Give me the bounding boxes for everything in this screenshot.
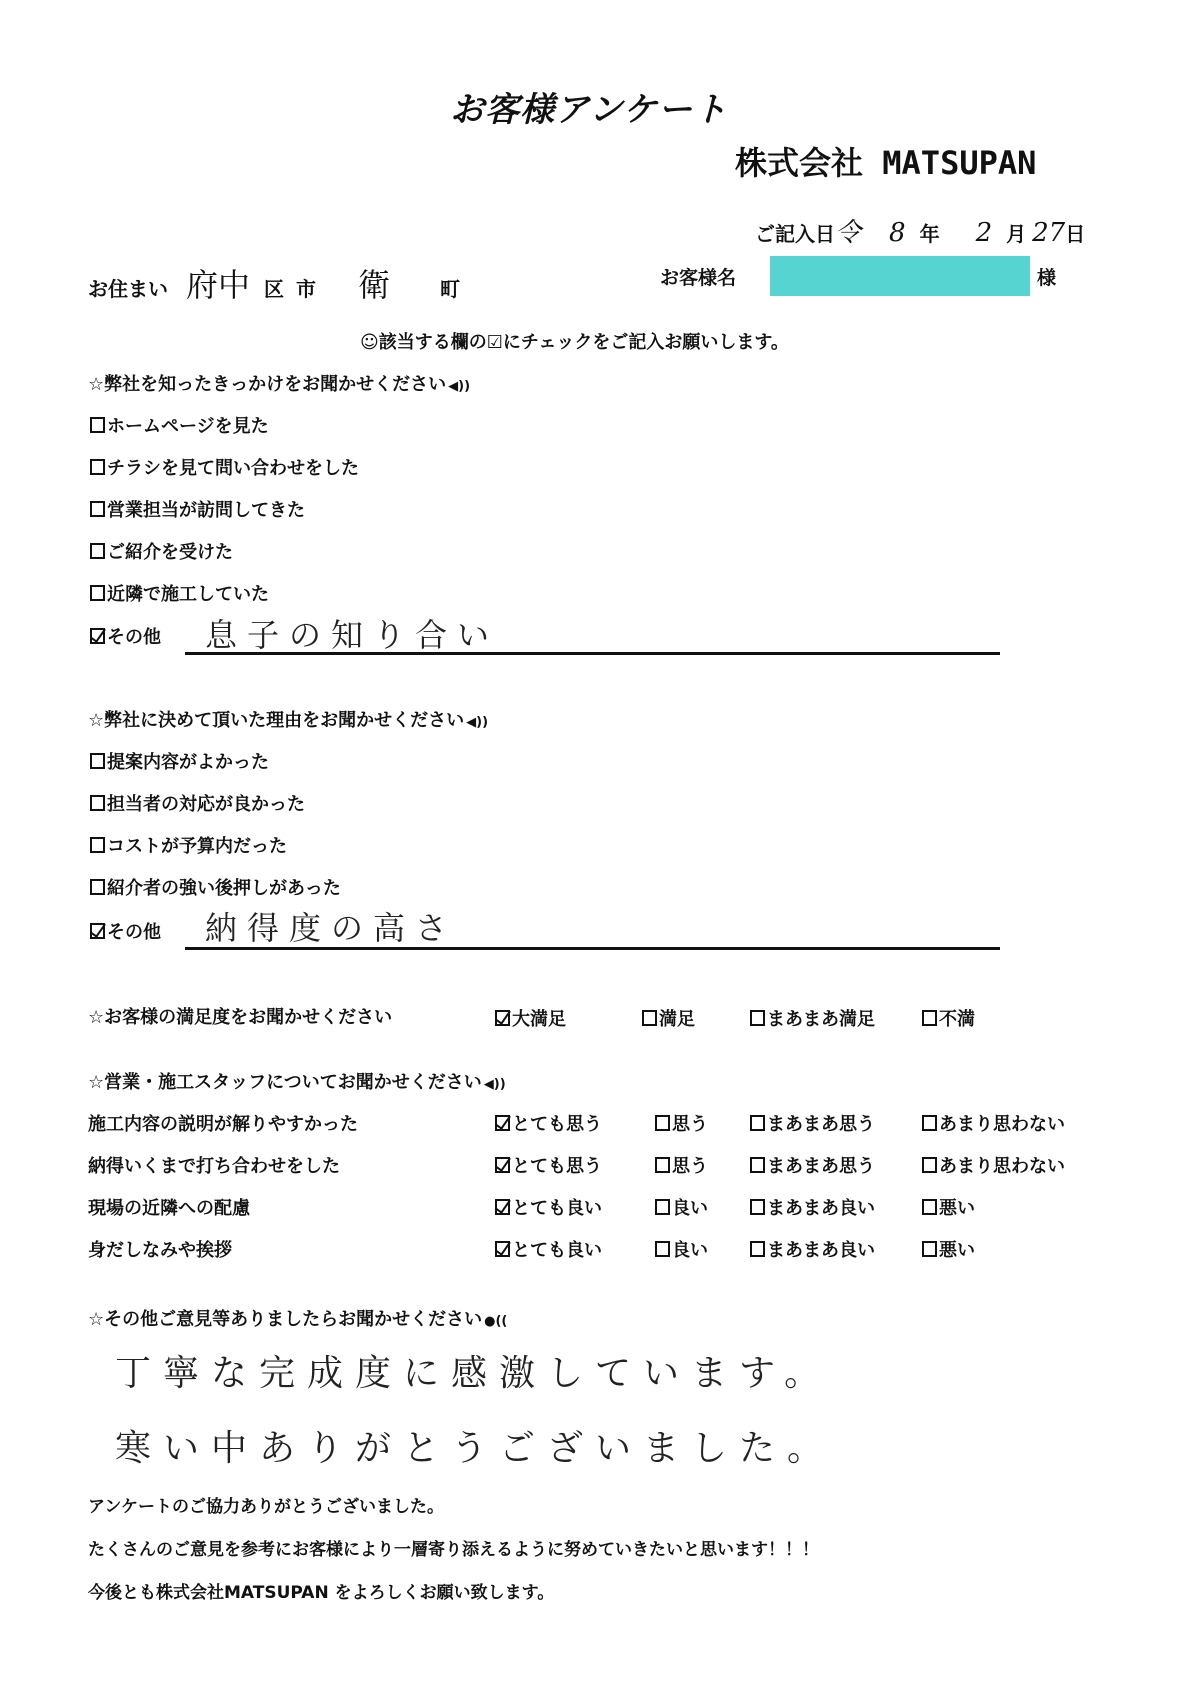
checkbox[interactable] bbox=[922, 1115, 937, 1131]
q4-row-neighbors-option[interactable]: まあまあ良い bbox=[750, 1194, 875, 1220]
q1-option-referral[interactable]: ご紹介を受けた bbox=[90, 538, 233, 564]
checkbox[interactable] bbox=[750, 1115, 765, 1131]
checkbox[interactable] bbox=[90, 585, 105, 601]
q2-other-underline bbox=[185, 947, 1000, 950]
q4-row-explanation-option[interactable]: あまり思わない bbox=[922, 1110, 1065, 1136]
address-field: お住まい府中区市衛町 bbox=[88, 260, 460, 306]
checkbox[interactable] bbox=[90, 879, 105, 895]
speaker-icon: ●(( bbox=[484, 1314, 507, 1329]
q2-option-cost[interactable]: コストが予算内だった bbox=[90, 832, 287, 858]
q4-row-appearance-option[interactable]: まあまあ良い bbox=[750, 1236, 875, 1262]
checkbox[interactable] bbox=[655, 1199, 670, 1215]
q2-title: ☆弊社に決めて頂いた理由をお聞かせください◀)) bbox=[88, 706, 488, 732]
q4-row-explanation-option[interactable]: とても思う bbox=[495, 1110, 602, 1136]
q1-title: ☆弊社を知ったきっかけをお聞かせください◀)) bbox=[88, 370, 470, 396]
checkbox[interactable] bbox=[90, 543, 105, 559]
checkbox[interactable] bbox=[642, 1010, 657, 1026]
q3-option-satisfied[interactable]: 満足 bbox=[642, 1005, 695, 1031]
checkbox-checked[interactable] bbox=[90, 628, 105, 644]
q2-option-other[interactable]: その他 bbox=[90, 918, 161, 944]
checkbox-checked[interactable] bbox=[495, 1241, 510, 1257]
q4-row-meetings-option[interactable]: 思う bbox=[655, 1152, 708, 1178]
q3-title: ☆お客様の満足度をお聞かせください bbox=[88, 1003, 392, 1029]
checkbox[interactable] bbox=[90, 417, 105, 433]
megaphone-icon: ◀)) bbox=[466, 715, 488, 730]
q4-row-neighbors-question: 現場の近隣への配慮 bbox=[88, 1194, 250, 1220]
checkbox[interactable] bbox=[90, 837, 105, 853]
comment-line-1[interactable]: 丁寧な完成度に感激しています。 bbox=[115, 1345, 832, 1396]
q4-row-neighbors-option[interactable]: 良い bbox=[655, 1194, 708, 1220]
town-value[interactable]: 衛 bbox=[358, 266, 390, 304]
instruction-text: ☺該当する欄の☑にチェックをご記入お願いします。 bbox=[360, 328, 789, 354]
checkbox[interactable] bbox=[90, 459, 105, 475]
city-value[interactable]: 府中 bbox=[186, 266, 250, 304]
footer-closing: 今後とも株式会社MATSUPAN をよろしくお願い致します。 bbox=[88, 1578, 554, 1603]
year-value[interactable]: 8 bbox=[889, 218, 906, 248]
checkbox-checked[interactable] bbox=[495, 1157, 510, 1173]
checkbox[interactable] bbox=[922, 1241, 937, 1257]
checkbox[interactable] bbox=[90, 795, 105, 811]
q2-other-input[interactable]: 納得度の高さ bbox=[205, 903, 457, 949]
q4-row-appearance-question: 身だしなみや挨拶 bbox=[88, 1236, 232, 1262]
q1-other-underline bbox=[185, 652, 1000, 655]
q2-option-referrer-push[interactable]: 紹介者の強い後押しがあった bbox=[90, 874, 341, 900]
q4-row-neighbors-option[interactable]: 悪い bbox=[922, 1194, 975, 1220]
date-label: ご記入日 bbox=[755, 222, 835, 246]
checkbox[interactable] bbox=[922, 1010, 937, 1026]
checkbox[interactable] bbox=[922, 1157, 937, 1173]
town-label: 町 bbox=[440, 277, 460, 301]
checkbox[interactable] bbox=[750, 1199, 765, 1215]
q5-title: ☆その他ご意見等ありましたらお聞かせください●(( bbox=[88, 1305, 507, 1331]
checkbox[interactable] bbox=[750, 1157, 765, 1173]
q4-row-meetings-option[interactable]: とても思う bbox=[495, 1152, 602, 1178]
checkbox-checked[interactable] bbox=[495, 1010, 510, 1026]
q4-row-explanation-option[interactable]: 思う bbox=[655, 1110, 708, 1136]
checkbox[interactable] bbox=[655, 1115, 670, 1131]
footer-commitment: たくさんのご意見を参考にお客様により一層寄り添えるように努めていきたいと思います… bbox=[88, 1535, 819, 1560]
address-label: お住まい bbox=[88, 277, 168, 301]
redacted-customer-name bbox=[770, 256, 1030, 296]
survey-title: お客様アンケート bbox=[450, 82, 728, 131]
checkbox-checked[interactable] bbox=[495, 1199, 510, 1215]
era-value[interactable]: 令 bbox=[835, 218, 861, 248]
q1-other-input[interactable]: 息子の知り合い bbox=[205, 610, 499, 656]
q1-option-flyer[interactable]: チラシを見て問い合わせをした bbox=[90, 454, 359, 480]
checkbox[interactable] bbox=[750, 1241, 765, 1257]
q4-row-appearance-option[interactable]: とても良い bbox=[495, 1236, 602, 1262]
checkbox[interactable] bbox=[90, 501, 105, 517]
date-field: ご記入日令8年2月27日 bbox=[755, 212, 1085, 249]
q4-row-meetings-option[interactable]: あまり思わない bbox=[922, 1152, 1065, 1178]
q1-option-other[interactable]: その他 bbox=[90, 623, 161, 649]
q4-row-explanation-question: 施工内容の説明が解りやすかった bbox=[88, 1110, 358, 1136]
year-label: 年 bbox=[920, 222, 940, 246]
company-name: 株式会社 MATSUPAN bbox=[735, 138, 1036, 184]
megaphone-icon: ◀)) bbox=[448, 379, 470, 394]
q1-option-nearby-work[interactable]: 近隣で施工していた bbox=[90, 580, 269, 606]
q3-option-dissatisfied[interactable]: 不満 bbox=[922, 1005, 975, 1031]
day-label: 日 bbox=[1065, 222, 1085, 246]
ku-shi-label: 区市 bbox=[264, 277, 328, 301]
checkbox[interactable] bbox=[655, 1157, 670, 1173]
month-label: 月 bbox=[1006, 222, 1026, 246]
q4-row-meetings-option[interactable]: まあまあ思う bbox=[750, 1152, 875, 1178]
checkbox[interactable] bbox=[90, 753, 105, 769]
q1-option-sales-visit[interactable]: 営業担当が訪問してきた bbox=[90, 496, 305, 522]
checkbox-checked[interactable] bbox=[495, 1115, 510, 1131]
customer-suffix: 様 bbox=[1037, 263, 1056, 290]
comment-line-2[interactable]: 寒い中ありがとうございました。 bbox=[115, 1420, 835, 1471]
checkbox[interactable] bbox=[655, 1241, 670, 1257]
q4-row-explanation-option[interactable]: まあまあ思う bbox=[750, 1110, 875, 1136]
month-value[interactable]: 2 bbox=[976, 218, 993, 248]
q4-row-neighbors-option[interactable]: とても良い bbox=[495, 1194, 602, 1220]
day-value[interactable]: 27 bbox=[1032, 218, 1065, 248]
megaphone-icon: ◀)) bbox=[484, 1077, 506, 1092]
checkbox[interactable] bbox=[922, 1199, 937, 1215]
checkbox[interactable] bbox=[750, 1010, 765, 1026]
customer-name-label: お客様名 bbox=[660, 263, 736, 290]
q2-option-staff-response[interactable]: 担当者の対応が良かった bbox=[90, 790, 305, 816]
q4-row-meetings-question: 納得いくまで打ち合わせをした bbox=[88, 1152, 340, 1178]
footer-thanks: アンケートのご協力ありがとうございました。 bbox=[88, 1492, 444, 1517]
q1-option-homepage[interactable]: ホームページを見た bbox=[90, 412, 269, 438]
checkbox-checked[interactable] bbox=[90, 923, 105, 939]
q4-title: ☆営業・施工スタッフについてお聞かせください◀)) bbox=[88, 1068, 506, 1094]
q2-option-proposal[interactable]: 提案内容がよかった bbox=[90, 748, 269, 774]
q4-row-appearance-option[interactable]: 悪い bbox=[922, 1236, 975, 1262]
q3-option-somewhat-satisfied[interactable]: まあまあ満足 bbox=[750, 1005, 875, 1031]
q4-row-appearance-option[interactable]: 良い bbox=[655, 1236, 708, 1262]
q3-option-very-satisfied[interactable]: 大満足 bbox=[495, 1005, 566, 1031]
